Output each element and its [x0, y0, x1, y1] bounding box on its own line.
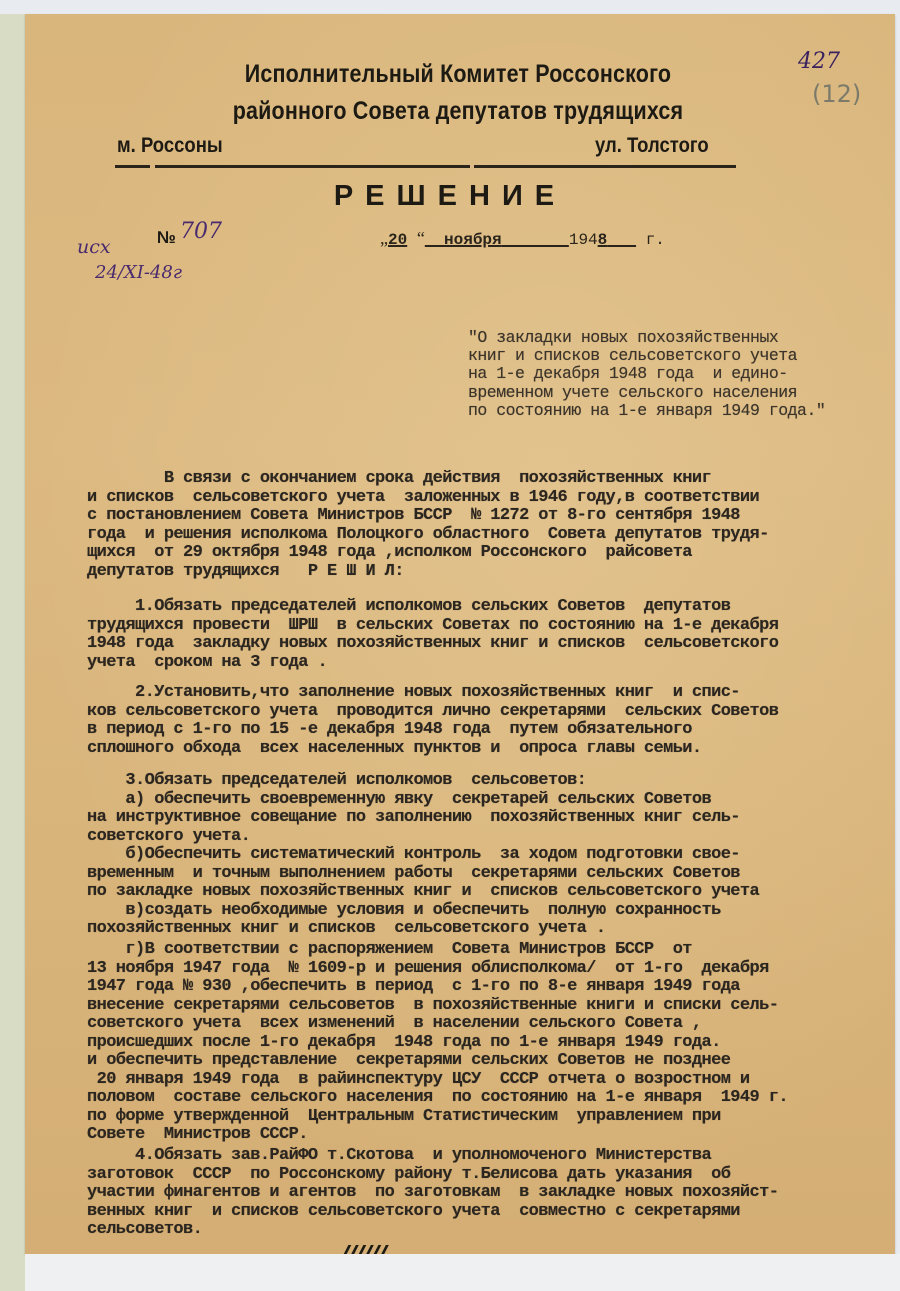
document-title: РЕШЕНИЕ — [0, 180, 900, 213]
number-sign: № — [157, 228, 176, 248]
item-2-paragraph: 2.Установить,что заполнение новых похозя… — [87, 684, 778, 758]
preamble-paragraph: В связи с окончанием срока действия похо… — [87, 470, 769, 581]
background-below-page — [25, 1254, 900, 1291]
date-day: 20 — [388, 231, 407, 249]
item-4-paragraph: 4.Обязать зав.РайФО т.Скотова и уполномо… — [87, 1147, 778, 1240]
header-rule — [155, 165, 470, 168]
archive-sheet-number: 427 — [798, 49, 840, 74]
decision-date: „20 “ ноября 1948 г. — [380, 228, 665, 249]
date-year-suffix: 8 — [598, 231, 636, 249]
header-street: ул. Толстого — [595, 134, 709, 158]
decision-subject: "О закладки новых похозяйственных книг и… — [468, 329, 825, 420]
outgoing-note-date: 24/XI-48г — [95, 262, 182, 283]
date-close-quote: “ — [417, 228, 425, 248]
header-place: м. Россоны — [117, 134, 223, 158]
item-3b-paragraph: б)Обеспечить систематический контроль за… — [87, 846, 759, 939]
date-suffix: г. — [646, 231, 665, 249]
header-rule — [115, 165, 150, 168]
date-open-quote: „ — [380, 228, 388, 248]
decision-number: 707 — [180, 219, 222, 244]
outgoing-note-label: исх — [77, 236, 111, 258]
header-organization-line1: Исполнительный Комитет Россонского — [71, 60, 845, 89]
date-month: ноября — [425, 231, 569, 249]
header-rule — [474, 165, 736, 168]
header-organization-line2: районного Совета депутатов трудящихся — [71, 97, 845, 126]
item-1-paragraph: 1.Обязать председателей исполкомов сельс… — [87, 598, 778, 672]
date-year-prefix: 194 — [569, 231, 598, 249]
item-3g-paragraph: г)В соответствии с распоряжением Совета … — [87, 941, 788, 1145]
item-3-paragraph: 3.Обязать председателей исполкомов сельс… — [87, 772, 740, 846]
archive-sheet-number-pencil: (12) — [812, 80, 861, 108]
